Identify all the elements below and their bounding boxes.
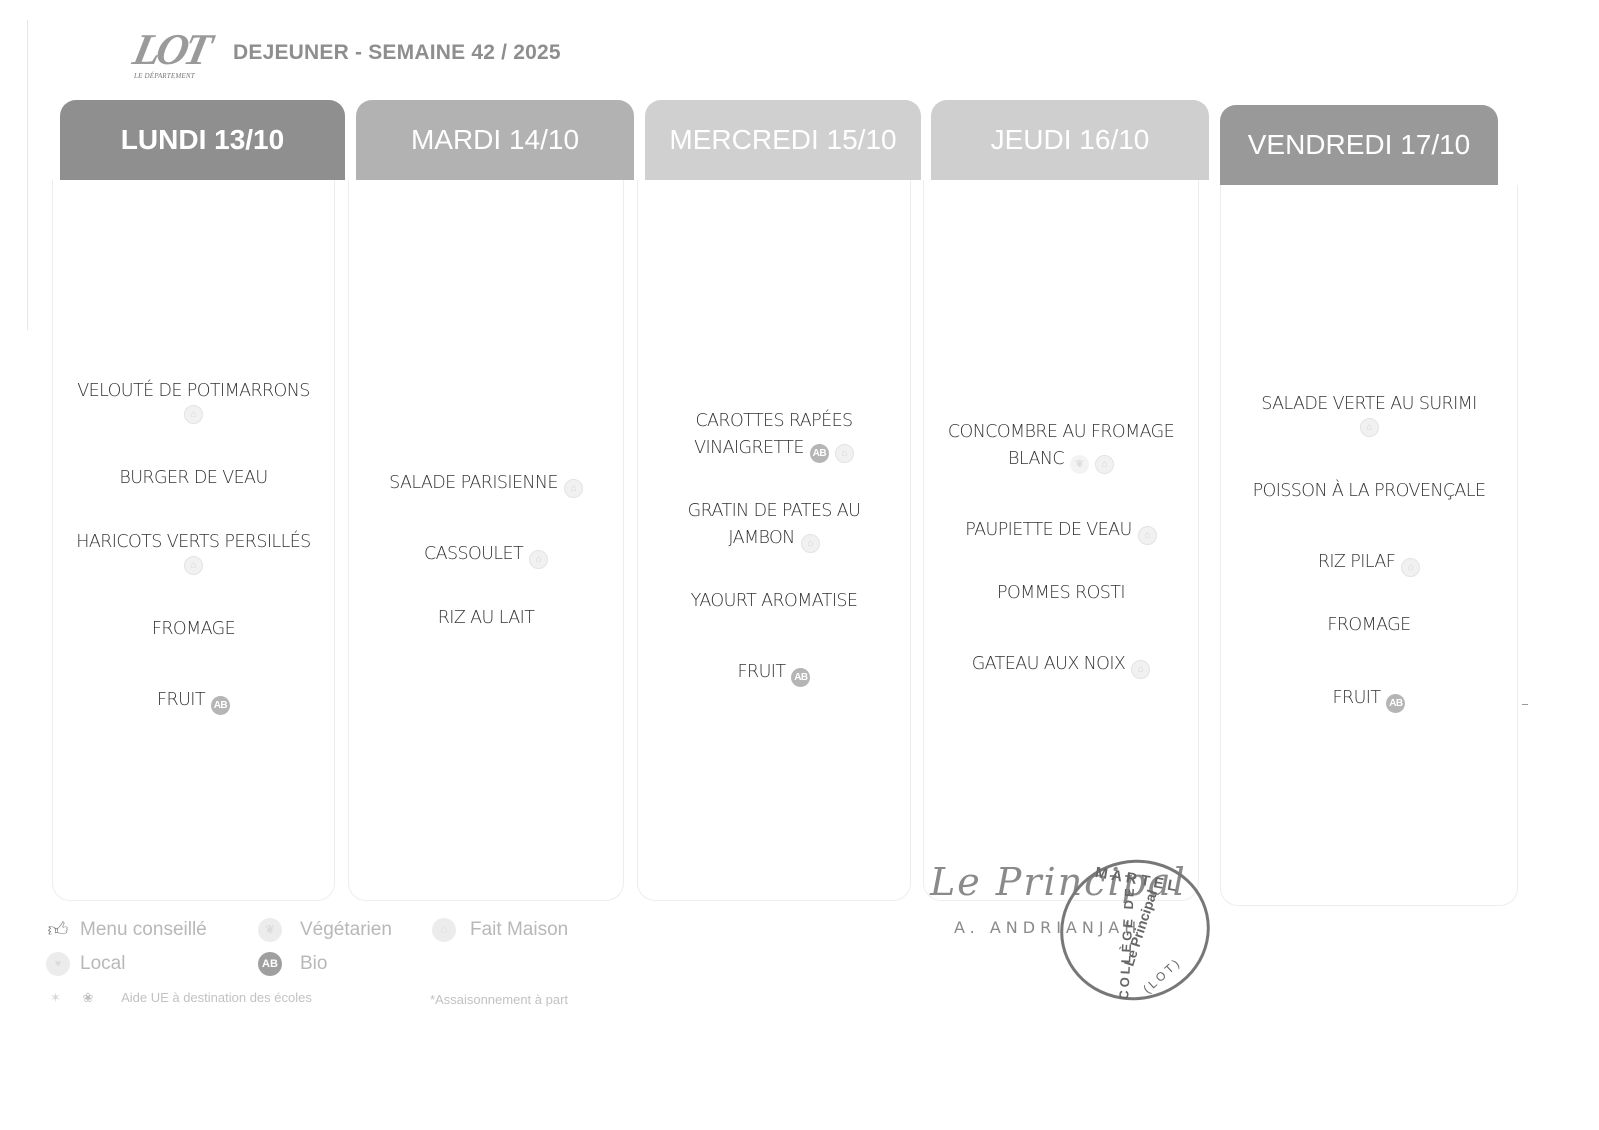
dish-item: SALADE VERTE AU SURIMI ⌂ <box>1221 391 1517 437</box>
dish-item: RIZ PILAF⌂ <box>1221 549 1517 577</box>
legend-fait-maison: ⌂ Fait Maison <box>432 918 568 942</box>
fait-maison-icon: ⌂ <box>801 534 820 553</box>
dish-item: CONCOMBRE AU FROMAGE BLANC❦⌂ <box>924 419 1198 474</box>
leaf-icon: ❦ <box>258 918 282 942</box>
scan-mark <box>1522 704 1528 705</box>
fait-maison-icon: ⌂ <box>1131 660 1150 679</box>
fait-maison-icon: ⌂ <box>1095 455 1114 474</box>
dish-item: POMMES ROSTI <box>924 580 1198 607</box>
dish-item: VELOUTÉ DE POTIMARRONS ⌂ <box>53 378 334 424</box>
dish-item: GRATIN DE PATES AU JAMBON⌂ <box>638 498 910 553</box>
fait-maison-icon: ⌂ <box>529 550 548 569</box>
fait-maison-icon: ⌂ <box>564 479 583 498</box>
local-heart-icon: ♥ <box>46 952 70 976</box>
dish-item: BURGER DE VEAU <box>53 465 334 492</box>
thumbs-up-icon: 👍︎ <box>46 918 70 942</box>
day-header: JEUDI 16/10 <box>931 100 1209 180</box>
dish-item: CASSOULET⌂ <box>349 541 623 569</box>
vegetarien-icon: ❦ <box>1070 455 1089 474</box>
day-body: CAROTTES RAPÉES VINAIGRETTEAB⌂ GRATIN DE… <box>637 180 911 901</box>
legend-assaisonnement: *Assaisonnement à part <box>430 992 568 1007</box>
fait-maison-icon: ⌂ <box>1401 558 1420 577</box>
legend-local: ♥ Local <box>46 952 125 976</box>
fait-maison-icon: ⌂ <box>184 556 203 575</box>
bio-icon: AB <box>1386 694 1405 713</box>
day-header: MARDI 14/10 <box>356 100 634 180</box>
dish-item: FRUITAB <box>1221 685 1517 713</box>
legend-bio: AB Bio <box>258 952 327 976</box>
bio-icon: AB <box>211 696 230 715</box>
dish-item: POISSON À LA PROVENÇALE <box>1221 478 1517 505</box>
day-body: CONCOMBRE AU FROMAGE BLANC❦⌂ PAUPIETTE D… <box>923 180 1199 901</box>
dish-item: RIZ AU LAIT <box>349 605 623 632</box>
bio-icon: AB <box>810 444 829 463</box>
dish-item: SALADE PARISIENNE⌂ <box>349 470 623 498</box>
page-title: DEJEUNER - SEMAINE 42 / 2025 <box>233 41 561 65</box>
day-body: SALADE PARISIENNE⌂ CASSOULET⌂ RIZ AU LAI… <box>348 180 624 901</box>
legend-vegetarien: ❦ Végétarien <box>258 918 392 942</box>
day-body: SALADE VERTE AU SURIMI ⌂ POISSON À LA PR… <box>1220 185 1518 906</box>
home-made-icon: ⌂ <box>432 918 456 942</box>
day-column-jeudi: JEUDI 16/10 CONCOMBRE AU FROMAGE BLANC❦⌂… <box>931 100 1209 180</box>
lot-department-logo: LOT LE DÉPARTEMENT <box>134 30 204 82</box>
dish-item: HARICOTS VERTS PERSILLÉS ⌂ <box>53 529 334 575</box>
dish-item: FROMAGE <box>53 616 334 643</box>
dish-item: FRUITAB <box>53 687 334 715</box>
eu-aid-icon: ❀ <box>83 990 94 1005</box>
legend-menu-conseille: 👍︎ Menu conseillé <box>46 918 207 942</box>
eu-star-icon: ✶ <box>50 990 61 1005</box>
logo-mark: LOT <box>130 30 209 70</box>
bio-icon: AB <box>791 668 810 687</box>
day-header: VENDREDI 17/10 <box>1220 105 1498 185</box>
day-header: LUNDI 13/10 <box>60 100 345 180</box>
dish-item: YAOURT AROMATISE <box>638 588 910 615</box>
dish-item: CAROTTES RAPÉES VINAIGRETTEAB⌂ <box>638 408 910 463</box>
dish-item: FRUITAB <box>638 659 910 687</box>
dish-item: FROMAGE <box>1221 612 1517 639</box>
signature-block: Le Principal A. ANDRIANJAH MARTEL Le Pri… <box>930 860 1220 1010</box>
day-column-mardi: MARDI 14/10 SALADE PARISIENNE⌂ CASSOULET… <box>356 100 634 180</box>
day-column-mercredi: MERCREDI 15/10 CAROTTES RAPÉES VINAIGRET… <box>645 100 921 180</box>
fait-maison-icon: ⌂ <box>1360 418 1379 437</box>
day-column-lundi: LUNDI 13/10 VELOUTÉ DE POTIMARRONS ⌂ BUR… <box>60 100 345 180</box>
dish-item: GATEAU AUX NOIX⌂ <box>924 651 1198 679</box>
ab-organic-icon: AB <box>258 952 282 976</box>
fait-maison-icon: ⌂ <box>184 405 203 424</box>
fait-maison-icon: ⌂ <box>835 444 854 463</box>
day-column-vendredi: VENDREDI 17/10 SALADE VERTE AU SURIMI ⌂ … <box>1220 100 1498 180</box>
dish-item: PAUPIETTE DE VEAU⌂ <box>924 517 1198 545</box>
legend-aide-ue: ✶ ❀ Aide UE à destination des écoles <box>50 990 312 1006</box>
day-body: VELOUTÉ DE POTIMARRONS ⌂ BURGER DE VEAU … <box>52 180 335 901</box>
page-edge <box>27 20 28 330</box>
fait-maison-icon: ⌂ <box>1138 526 1157 545</box>
day-header: MERCREDI 15/10 <box>645 100 921 180</box>
